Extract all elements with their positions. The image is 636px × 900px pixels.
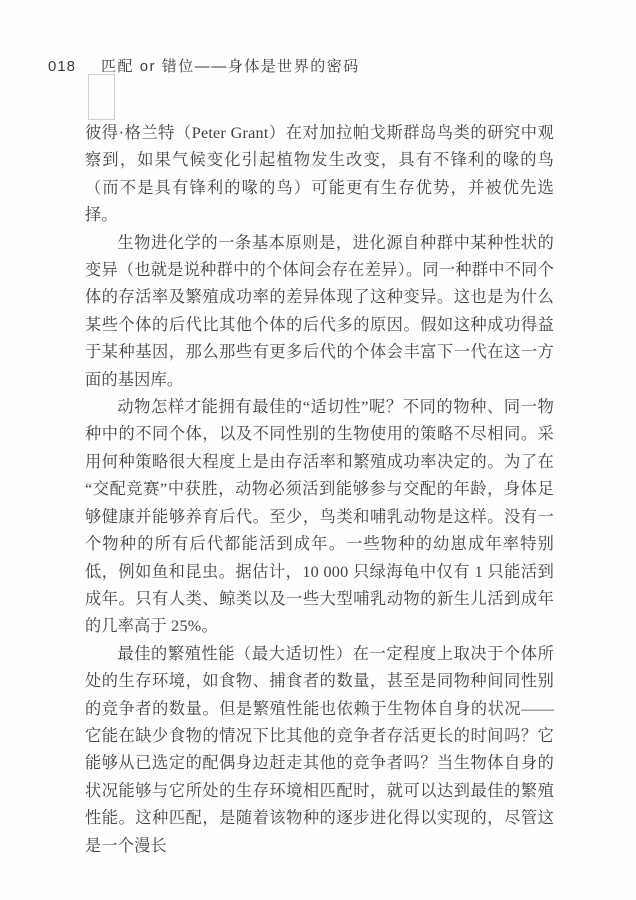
paragraph: 生物进化学的一条基本原则是，进化源自种群中某种性状的变异（也就是说种群中的个体间… — [85, 230, 554, 394]
running-head: 018 匹配 or 错位——身体是世界的密码 — [48, 55, 588, 76]
paragraph: 最佳的繁殖性能（最大适切性）在一定程度上取决于个体所处的生存环境，如食物、捕食者… — [85, 641, 554, 860]
paragraph: 彼得·格兰特（Peter Grant）在对加拉帕戈斯群岛鸟类的研究中观察到，如果… — [85, 120, 554, 230]
paragraph: 动物怎样才能拥有最佳的“适切性”呢？不同的物种、同一物种中的不同个体，以及不同性… — [85, 394, 554, 641]
page-number: 018 — [48, 58, 76, 75]
running-title: 匹配 or 错位——身体是世界的密码 — [101, 55, 360, 76]
scan-artifact-box — [88, 74, 115, 120]
book-page: 018 匹配 or 错位——身体是世界的密码 彼得·格兰特（Peter Gran… — [0, 0, 636, 900]
body-text: 彼得·格兰特（Peter Grant）在对加拉帕戈斯群岛鸟类的研究中观察到，如果… — [85, 120, 554, 860]
